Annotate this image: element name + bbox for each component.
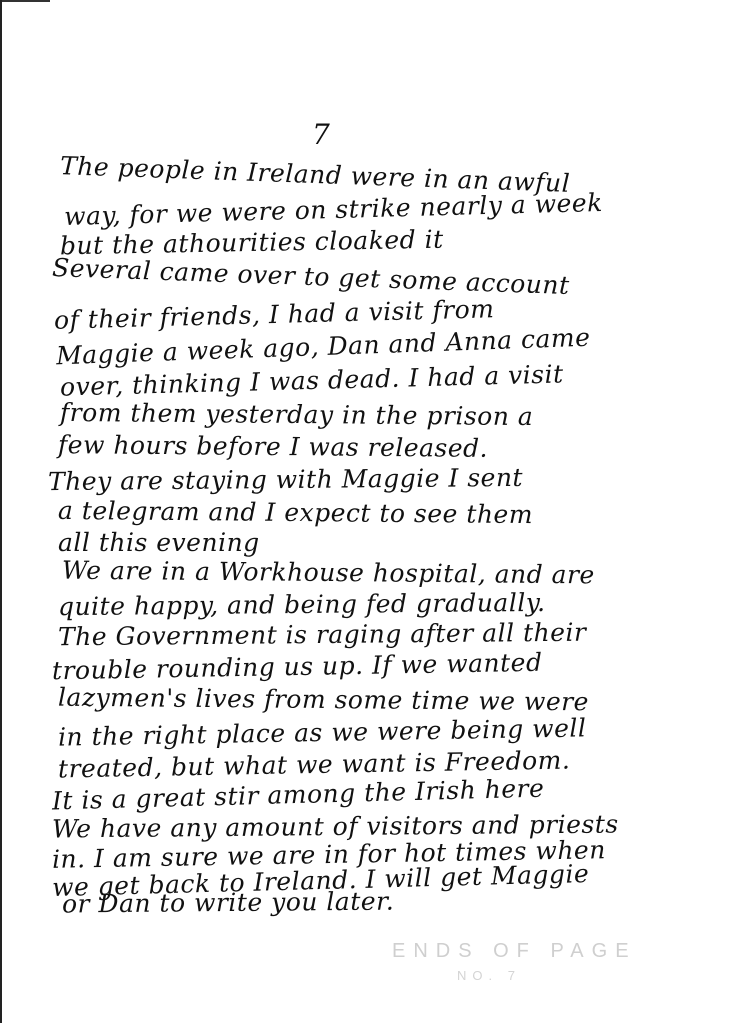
letter-line: a telegram and I expect to see them	[58, 496, 533, 529]
letter-line: all this evening	[58, 528, 260, 557]
letter-line: lazymen's lives from some time we were	[58, 683, 589, 717]
letter-line: The Government is raging after all their	[58, 618, 587, 652]
letter-line: few hours before I was released.	[58, 430, 488, 463]
page-number: 7	[312, 118, 330, 151]
archive-stamp-line1: ENDS OF PAGE	[392, 940, 637, 963]
letter-line: trouble rounding us up. If we wanted	[52, 648, 543, 686]
letter-line: They are staying with Maggie I sent	[48, 463, 523, 496]
archive-stamp-line2: NO. 7	[457, 968, 521, 983]
letter-line: Several came over to get some account	[52, 253, 570, 300]
letter-line: way, for we were on strike nearly a week	[64, 188, 603, 231]
letter-line: from them yesterday in the prison a	[60, 398, 533, 431]
letter-page: 7 The people in Ireland were in an awful…	[0, 0, 744, 1023]
letter-line: or Dan to write you later.	[62, 887, 394, 919]
letter-line: We are in a Workhouse hospital, and are	[62, 556, 595, 590]
letter-line: quite happy, and being fed gradually.	[58, 588, 546, 621]
top-border-mark	[2, 0, 50, 2]
